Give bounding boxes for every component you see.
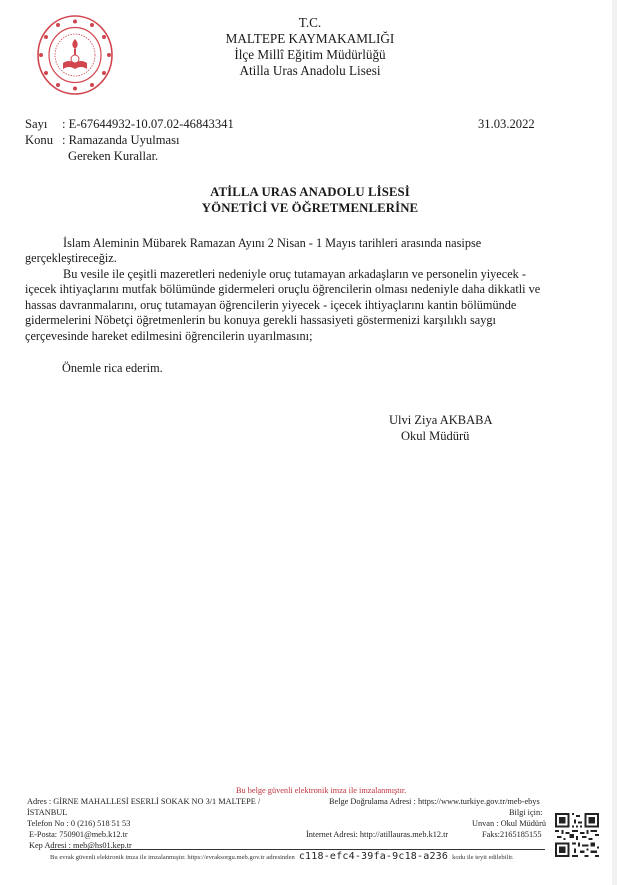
recipient-staff: YÖNETİCİ VE ÖĞRETMENLERİNE (150, 201, 470, 216)
body-paragraph-2: Bu vesile ile çeşitli mazeretleri nedeni… (25, 267, 545, 344)
qr-code-icon (555, 813, 599, 857)
body-paragraph-1: İslam Aleminin Mübarek Ramazan Ayını 2 N… (25, 236, 545, 267)
footer-address-city: İSTANBUL (27, 808, 67, 817)
footer-bottom-prefix: Bu evrak güvenli elektronik imza ile imz… (50, 854, 295, 861)
esign-notice: Bu belge güvenli elektronik imza ile imz… (236, 786, 406, 795)
header-kaymakamlik: MALTEPE KAYMAKAMLIĞI (150, 31, 470, 47)
header-school: Atilla Uras Anadolu Lisesi (150, 63, 470, 79)
footer-verify-line: Bu evrak güvenli elektronik imza ile imz… (50, 851, 514, 862)
footer-verify-address: Belge Doğrulama Adresi : https://www.tur… (329, 797, 540, 806)
closing-line: Önemle rica ederim. (62, 361, 163, 376)
footer-phone: Telefon No : 0 (216) 518 51 53 (27, 819, 130, 828)
document-date: 31.03.2022 (478, 117, 535, 132)
konu-value-line2: Gereken Kurallar. (68, 149, 158, 164)
konu-label: Konu (25, 133, 53, 148)
verification-code: c118-efc4-39fa-9c18-a236 (299, 851, 448, 862)
footer-info: Bilgi için: (509, 808, 542, 817)
footer-fax: Faks:2165185155 (482, 830, 541, 839)
footer-internet: İnternet Adresi: http://atillauras.meb.k… (306, 830, 448, 839)
sayi-label: Sayı (25, 117, 47, 132)
footer-unvan: Unvan : Okul Müdürü (472, 819, 546, 828)
sayi-value: : E-67644932-10.07.02-46843341 (62, 117, 234, 132)
footer-email: E-Posta: 750901@meb.k12.tr (29, 830, 128, 839)
footer-divider (50, 849, 545, 850)
meb-seal-logo-icon (35, 13, 115, 97)
signer-title: Okul Müdürü (401, 429, 469, 444)
signer-name: Ulvi Ziya AKBABA (389, 413, 492, 428)
footer-bottom-suffix: kodu ile teyit edilebilir. (452, 854, 514, 861)
footer-address: Adres : GİRNE MAHALLESİ ESERLİ SOKAK NO … (27, 797, 260, 806)
header-mudurluk: İlçe Millî Eğitim Müdürlüğü (150, 47, 470, 63)
header-tc: T.C. (150, 15, 470, 31)
recipient-school: ATİLLA URAS ANADOLU LİSESİ (150, 185, 470, 200)
konu-value: : Ramazanda Uyulması (62, 133, 180, 148)
page-edge (612, 0, 617, 885)
